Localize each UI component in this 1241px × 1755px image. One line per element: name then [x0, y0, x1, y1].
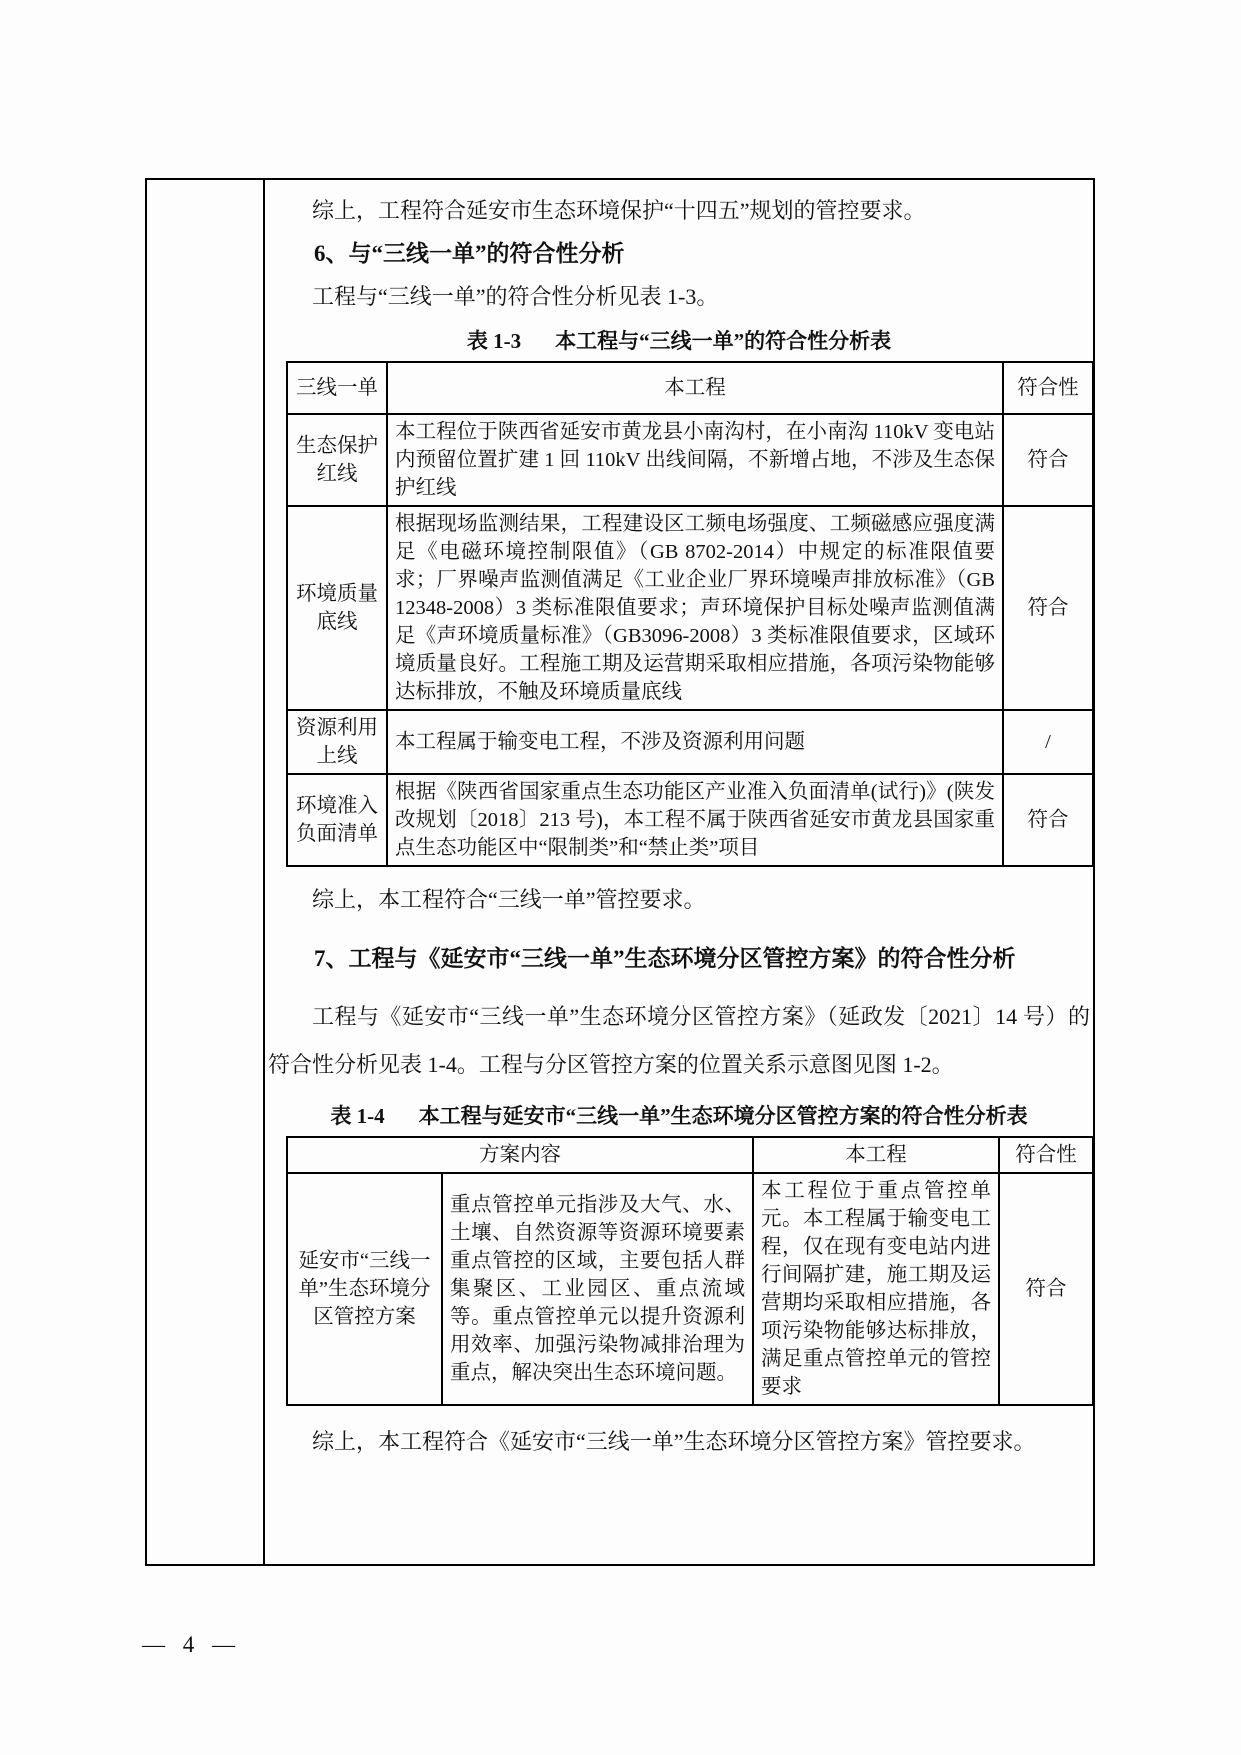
- table-1-3-header-conformity: 符合性: [1003, 362, 1093, 414]
- row-content: 根据现场监测结果，工程建设区工频电场强度、工频磁感应强度满足《电磁环境控制限值》…: [387, 506, 1003, 710]
- document-outer-frame: 综上，工程符合延安市生态环境保护“十四五”规划的管控要求。 6、与“三线一单”的…: [145, 178, 1095, 1566]
- table-1-3-caption-title: 本工程与“三线一单”的符合性分析表: [555, 329, 891, 353]
- table-1-4-caption-title: 本工程与延安市“三线一单”生态环境分区管控方案的符合性分析表: [419, 1104, 1028, 1128]
- paragraph-summary-14-5: 综上，工程符合延安市生态环境保护“十四五”规划的管控要求。: [268, 190, 1090, 232]
- row-label: 生态保护红线: [287, 414, 387, 506]
- row-conformity: 符合: [1003, 506, 1093, 710]
- table-row: 环境准入负面清单 根据《陕西省国家重点生态功能区产业准入负面清单(试行)》(陕发…: [287, 774, 1093, 866]
- table-1-4-caption-number: 表 1-4: [330, 1104, 384, 1128]
- row-project: 本工程位于重点管控单元。本工程属于输变电工程，仅在现有变电站内进行间隔扩建，施工…: [753, 1173, 999, 1405]
- section-heading-6: 6、与“三线一单”的符合性分析: [268, 232, 1090, 276]
- row-label: 环境准入负面清单: [287, 774, 387, 866]
- row-label: 环境质量底线: [287, 506, 387, 710]
- page-number: — 4 —: [142, 1632, 241, 1658]
- row-plan-content: 重点管控单元指涉及大气、水、土壤、自然资源等资源环境要素重点管控的区域，主要包括…: [442, 1173, 753, 1405]
- table-1-4-header-conformity: 符合性: [999, 1137, 1093, 1173]
- table-1-3-caption-number: 表 1-3: [467, 329, 521, 353]
- table-1-3: 三线一单 本工程 符合性 生态保护红线 本工程位于陕西省延安市黄龙县小南沟村，在…: [286, 361, 1093, 867]
- table-1-4: 方案内容 本工程 符合性 延安市“三线一单”生态环境分区管控方案 重点管控单元指…: [286, 1136, 1093, 1406]
- row-label: 延安市“三线一单”生态环境分区管控方案: [287, 1173, 442, 1405]
- row-conformity: 符合: [1003, 774, 1093, 866]
- frame-content-cell: 综上，工程符合延安市生态环境保护“十四五”规划的管控要求。 6、与“三线一单”的…: [265, 180, 1093, 1564]
- table-row: 环境质量底线 根据现场监测结果，工程建设区工频电场强度、工频磁感应强度满足《电磁…: [287, 506, 1093, 710]
- row-conformity: /: [1003, 710, 1093, 774]
- row-label: 资源利用上线: [287, 710, 387, 774]
- row-content: 根据《陕西省国家重点生态功能区产业准入负面清单(试行)》(陕发改规划〔2018〕…: [387, 774, 1003, 866]
- row-content: 本工程位于陕西省延安市黄龙县小南沟村，在小南沟 110kV 变电站内预留位置扩建…: [387, 414, 1003, 506]
- document-page: 综上，工程符合延安市生态环境保护“十四五”规划的管控要求。 6、与“三线一单”的…: [0, 0, 1241, 1755]
- section-heading-7: 7、工程与《延安市“三线一单”生态环境分区管控方案》的符合性分析: [268, 935, 1090, 983]
- table-1-4-caption: 表 1-4本工程与延安市“三线一单”生态环境分区管控方案的符合性分析表: [268, 1103, 1090, 1129]
- table-row: 生态保护红线 本工程位于陕西省延安市黄龙县小南沟村，在小南沟 110kV 变电站…: [287, 414, 1093, 506]
- table-1-3-caption: 表 1-3本工程与“三线一单”的符合性分析表: [268, 328, 1090, 354]
- paragraph-intro-table-1-3: 工程与“三线一单”的符合性分析见表 1-3。: [268, 276, 1090, 318]
- row-conformity: 符合: [1003, 414, 1093, 506]
- table-1-3-header-project: 本工程: [387, 362, 1003, 414]
- table-row: 资源利用上线 本工程属于输变电工程，不涉及资源利用问题 /: [287, 710, 1093, 774]
- table-1-3-header-row: 三线一单 本工程 符合性: [287, 362, 1093, 414]
- row-conformity: 符合: [999, 1173, 1093, 1405]
- table-1-4-header-plan: 方案内容: [287, 1137, 753, 1173]
- table-1-4-header-row: 方案内容 本工程 符合性: [287, 1137, 1093, 1173]
- table-row: 延安市“三线一单”生态环境分区管控方案 重点管控单元指涉及大气、水、土壤、自然资…: [287, 1173, 1093, 1405]
- table-1-3-header-sanxian: 三线一单: [287, 362, 387, 414]
- paragraph-summary-1-4: 综上，本工程符合《延安市“三线一单”生态环境分区管控方案》管控要求。: [268, 1418, 1090, 1466]
- paragraph-intro-table-1-4: 工程与《延安市“三线一单”生态环境分区管控方案》（延政发〔2021〕14 号）的…: [268, 993, 1090, 1089]
- paragraph-summary-1-3: 综上，本工程符合“三线一单”管控要求。: [268, 879, 1090, 921]
- table-1-4-header-project: 本工程: [753, 1137, 999, 1173]
- frame-left-empty-cell: [147, 180, 265, 1564]
- row-content: 本工程属于输变电工程，不涉及资源利用问题: [387, 710, 1003, 774]
